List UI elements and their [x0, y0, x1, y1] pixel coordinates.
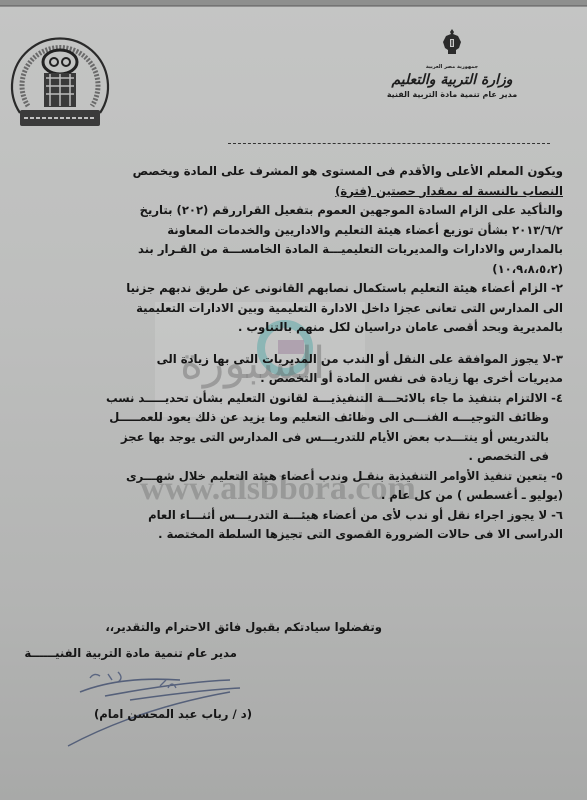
body-line: وظائف التوجيـــه الفنـــى الى وظائف التع… — [43, 408, 563, 428]
signatory-name: (د / رباب عبد المحسن امام) — [94, 707, 252, 721]
body-line: مديريات أخرى بها زيادة فى نفس المادة أو … — [43, 369, 563, 389]
letter-body: ويكون المعلم الأعلى والأقدم فى المستوى ه… — [43, 162, 563, 545]
clause-2: ٢- الزام أعضاء هيئة التعليم باستكمال نصا… — [43, 279, 563, 299]
office-seal-icon — [6, 18, 114, 130]
body-line: الى المدارس التى تعانى عجزا داخل الادارة… — [43, 299, 563, 319]
body-line: بالمديرية وبحد أقصى عامان دراسيان لكل من… — [43, 318, 563, 338]
clause-4: ٤- الالتزام بتنفيذ ما جاء بالائحـــة الت… — [43, 389, 563, 409]
body-line: ٢٠١٣/٦/٢ بشأن توزيع أعضاء هيئة التعليم و… — [43, 221, 563, 241]
clause-6: ٦- لا يجوز اجراء نقل أو ندب لأى من أعضاء… — [43, 506, 563, 526]
body-line: بالمدارس والادارات والمديريات التعليميــ… — [43, 240, 563, 260]
department-name: مدير عام تنمية مادة التربية الفنية — [377, 90, 527, 99]
ministry-letterhead: جمهورية مصر العربية وزارة التربية والتعل… — [377, 28, 527, 99]
body-line: الدراسى الا فى حالات الضرورة القصوى التى… — [43, 525, 563, 545]
scanned-document: جمهورية مصر العربية وزارة التربية والتعل… — [0, 0, 587, 800]
closing-salutation: وتفضلوا سيادتكم بقبول فائق الاحترام والت… — [105, 620, 382, 634]
country-name: جمهورية مصر العربية — [377, 64, 527, 70]
spacer — [43, 338, 563, 350]
body-line-underlined: النصاب بالنسبة له بمقدار حصتين (فترة) — [43, 182, 563, 202]
clause-3: ٣-لا يجوز الموافقة على النقل أو الندب من… — [43, 350, 563, 370]
body-line: (يوليو ـ أغسطس ) من كل عام . — [43, 486, 563, 506]
body-line: بالتدريس أو ينتـــدب بعض الأيام للتدريــ… — [43, 428, 563, 448]
page-top-shadow — [0, 5, 587, 7]
body-line: ويكون المعلم الأعلى والأقدم فى المستوى ه… — [43, 162, 563, 182]
header-divider — [228, 143, 550, 144]
clause-5: ٥- يتعين تنفيذ الأوامر التنفيذية بنقـل و… — [43, 467, 563, 487]
ministry-name: وزارة التربية والتعليم — [377, 72, 527, 88]
signatory-title: مدير عام تنمية مادة التربية الفنيــــــة — [17, 646, 237, 660]
body-line: (١٠،٩،٨،٥،٢) — [43, 260, 563, 280]
body-line: فى التخصص . — [43, 447, 563, 467]
body-line: والتأكيد على الزام السادة الموجهين العمو… — [43, 201, 563, 221]
egypt-eagle-emblem-icon — [441, 28, 463, 56]
